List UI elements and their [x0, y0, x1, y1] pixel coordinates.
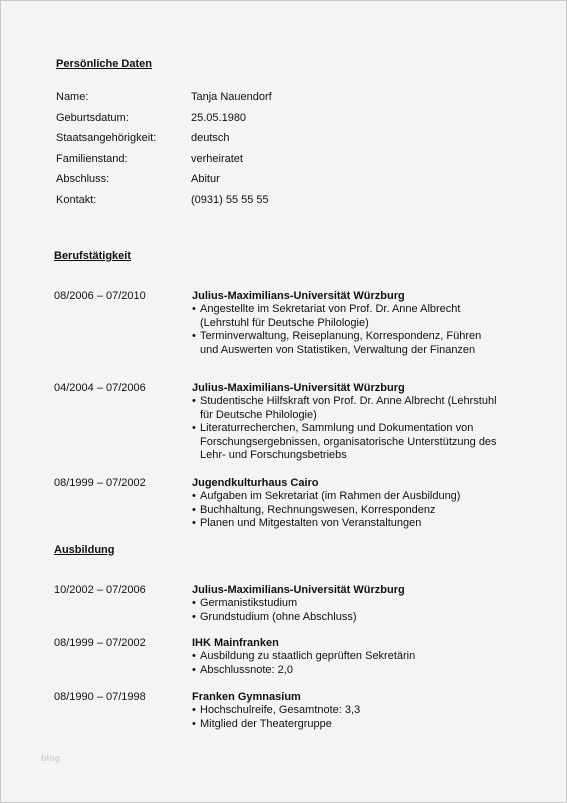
entry-date: 04/2004 – 07/2006 — [54, 382, 146, 395]
entry-date: 08/2006 – 07/2010 — [54, 290, 146, 303]
heading-personal-data: Persönliche Daten — [56, 58, 152, 70]
label-birthdate: Geburtsdatum: — [56, 111, 129, 125]
value-nationality: deutsch — [191, 131, 230, 145]
resume-page: Persönliche Daten Name: Tanja Nauendorf … — [0, 0, 567, 803]
entry-organization: Jugendkulturhaus Cairo — [192, 477, 502, 490]
entry-bullet: Aufgaben im Sekretariat (im Rahmen der A… — [192, 490, 502, 503]
label-marital-status: Familienstand: — [56, 152, 128, 166]
entry-bullet: Hochschulreife, Gesamtnote: 3,3 — [192, 704, 502, 717]
label-contact: Kontakt: — [56, 193, 96, 207]
value-name: Tanja Nauendorf — [191, 90, 272, 104]
entry-bullet: Abschlussnote: 2,0 — [192, 664, 502, 677]
entry-bullet: Studentische Hilfskraft von Prof. Dr. An… — [192, 395, 502, 422]
entry-bullet: Planen und Mitgestalten von Veranstaltun… — [192, 517, 502, 530]
entry-organization: Julius-Maximilians-Universität Würzburg — [192, 382, 502, 395]
label-degree: Abschluss: — [56, 172, 109, 186]
entry-bullet: Grundstudium (ohne Abschluss) — [192, 611, 502, 624]
entry-bullet: Angestellte im Sekretariat von Prof. Dr.… — [192, 303, 502, 330]
heading-work-experience: Berufstätigkeit — [54, 250, 131, 262]
value-contact: (0931) 55 55 55 — [191, 193, 269, 207]
value-birthdate: 25.05.1980 — [191, 111, 246, 125]
entry-date: 08/1999 – 07/2002 — [54, 477, 146, 490]
entry-bullet: Buchhaltung, Rechnungswesen, Korresponde… — [192, 504, 502, 517]
label-nationality: Staatsangehörigkeit: — [56, 131, 156, 145]
entry-bullet: Mitglied der Theatergruppe — [192, 718, 502, 731]
entry-bullet: Germanistikstudium — [192, 597, 502, 610]
entry-organization: Julius-Maximilians-Universität Würzburg — [192, 290, 502, 303]
entry-date: 08/1999 – 07/2002 — [54, 637, 146, 650]
entry-organization: IHK Mainfranken — [192, 637, 502, 650]
watermark: blog — [41, 753, 60, 763]
heading-education: Ausbildung — [54, 544, 115, 556]
entry-bullet: Ausbildung zu staatlich geprüften Sekret… — [192, 650, 502, 663]
entry-date: 08/1990 – 07/1998 — [54, 691, 146, 704]
label-name: Name: — [56, 90, 88, 104]
entry-bullet: Terminverwaltung, Reiseplanung, Korrespo… — [192, 330, 502, 357]
entry-organization: Julius-Maximilians-Universität Würzburg — [192, 584, 502, 597]
value-degree: Abitur — [191, 172, 220, 186]
value-marital-status: verheiratet — [191, 152, 243, 166]
entry-date: 10/2002 – 07/2006 — [54, 584, 146, 597]
entry-organization: Franken Gymnasium — [192, 691, 502, 704]
entry-bullet: Literaturrecherchen, Sammlung und Dokume… — [192, 422, 502, 462]
